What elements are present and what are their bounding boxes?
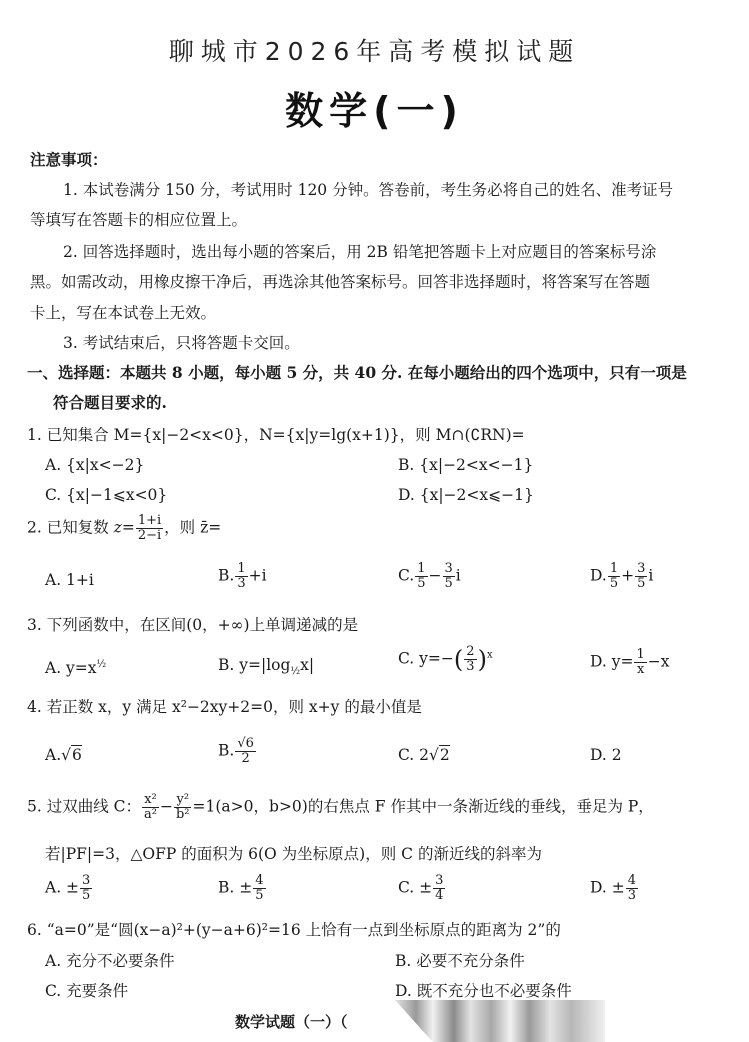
question-1-option-b[interactable]: B. {x|−2<x<−1} [398, 455, 533, 475]
notice-line: 1. 本试卷满分 150 分，考试用时 120 分钟。答卷前，考生务必将自己的姓… [63, 180, 673, 200]
subject-title: 数学(一) [0, 80, 749, 135]
notice-heading: 注意事项： [30, 150, 108, 170]
notice-line: 卡上，写在本试卷上无效。 [30, 303, 216, 323]
question-2-option-d[interactable]: D.15+35i [590, 562, 653, 591]
page-footer: 数学试题（一）（ [235, 1012, 348, 1032]
question-3-option-b[interactable]: B. y=|log½x| [218, 655, 314, 682]
notice-line: 等填写在答题卡的相应位置上。 [30, 210, 247, 230]
question-1-option-d[interactable]: D. {x|−2<x⩽−1} [398, 485, 534, 505]
question-4-option-a[interactable]: A.√6 [45, 745, 82, 765]
question-3-option-d[interactable]: D. y=1x−x [590, 648, 670, 677]
question-1-stem: 1. 已知集合 M={x|−2<x<0}，N={x|y=lg(x+1)}，则 M… [27, 425, 525, 445]
question-4-stem: 4. 若正数 x，y 满足 x²−2xy+2=0，则 x+y 的最小值是 [27, 697, 422, 717]
notice-line: 3. 考试结束后，只将答题卡交回。 [63, 333, 300, 353]
notice-line: 黑。如需改动，用橡皮擦干净后，再选涂其他答案标号。回答非选择题时，将答案写在答题 [30, 272, 650, 292]
section-heading-cont: 符合题目要求的. [53, 393, 167, 413]
question-5-stem: 5. 过双曲线 C：x²a²−y²b²=1(a>0，b>0)的右焦点 F 作其中… [27, 793, 654, 822]
question-6-option-b[interactable]: B. 必要不充分条件 [395, 951, 525, 971]
question-2-option-a[interactable]: A. 1+i [45, 570, 94, 590]
exam-title: 聊城市2026年高考模拟试题 [0, 32, 749, 68]
question-4-option-b[interactable]: B.√62 [218, 737, 257, 766]
question-2-option-b[interactable]: B.13+i [218, 562, 267, 591]
fraction: 1+i2−i [136, 514, 163, 543]
question-3-option-c[interactable]: C. y=−(23)x [398, 645, 493, 674]
question-2-option-c[interactable]: C.15−35i [398, 562, 461, 591]
question-5-option-a[interactable]: A. ±35 [45, 874, 93, 903]
question-3-stem: 3. 下列函数中，在区间(0，+∞)上单调递减的是 [27, 615, 358, 635]
question-6-stem: 6. “a=0”是“圆(x−a)²+(y−a+6)²=16 上恰有一点到坐标原点… [27, 920, 561, 940]
question-5-option-b[interactable]: B. ±45 [218, 874, 267, 903]
watermark-overlay [395, 1000, 605, 1042]
question-5-stem-cont: 若|PF|=3，△OFP 的面积为 6(O 为坐标原点)，则 C 的渐近线的斜率… [45, 844, 542, 864]
question-5-option-c[interactable]: C. ±34 [398, 874, 446, 903]
question-6-option-d[interactable]: D. 既不充分也不必要条件 [395, 981, 572, 1001]
question-3-option-a[interactable]: A. y=x½ [45, 655, 106, 678]
question-6-option-a[interactable]: A. 充分不必要条件 [45, 951, 175, 971]
notice-line: 2. 回答选择题时，选出每小题的答案后，用 2B 铅笔把答题卡上对应题目的答案标… [63, 242, 656, 262]
question-1-option-c[interactable]: C. {x|−1⩽x<0} [45, 485, 167, 505]
question-2-stem: 2. 已知复数 z=1+i2−i，则 z̄= [27, 514, 221, 543]
question-4-option-c[interactable]: C. 2√2 [398, 745, 450, 765]
question-5-option-d[interactable]: D. ±43 [590, 874, 639, 903]
question-1-option-a[interactable]: A. {x|x<−2} [45, 455, 144, 475]
question-4-option-d[interactable]: D. 2 [590, 745, 622, 765]
question-6-option-c[interactable]: C. 充要条件 [45, 981, 128, 1001]
section-heading: 一、选择题：本题共 8 小题，每小题 5 分，共 40 分. 在每小题给出的四个… [27, 363, 687, 383]
